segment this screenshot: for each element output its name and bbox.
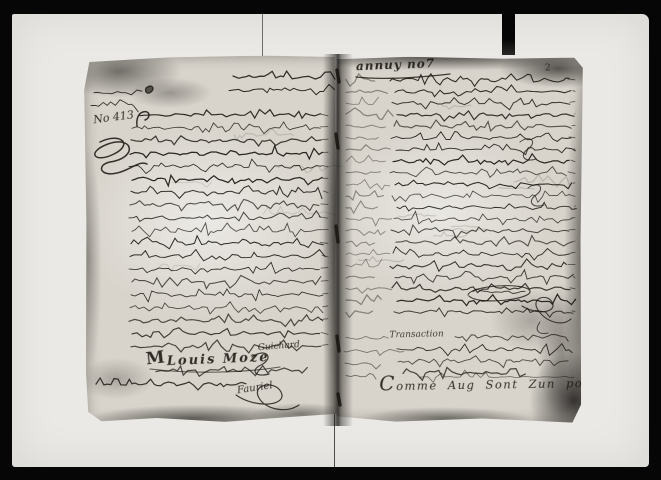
signature-monogram: M [145, 347, 166, 369]
folio-number: 2 [545, 63, 551, 73]
signature-louis-moze: Louis Moze [167, 350, 270, 369]
backing-seam-top [262, 14, 263, 57]
book-gutter [323, 54, 353, 426]
archival-photo: No 413 Guichard M Louis Moze Fauriel 2 a… [0, 0, 661, 480]
margin-note-number: No 413 [92, 108, 134, 126]
signature-fauriel: Fauriel [236, 380, 273, 396]
transaction-heading: Transaction [389, 329, 443, 340]
left-page: No 413 Guichard M Louis Moze Fauriel [84, 55, 339, 423]
backing-gap-shadow [502, 14, 515, 55]
header-scribble: annuy no7 [356, 56, 436, 73]
right-page: 2 annuy no7 Transaction Comme Aug Sont Z… [334, 56, 583, 422]
